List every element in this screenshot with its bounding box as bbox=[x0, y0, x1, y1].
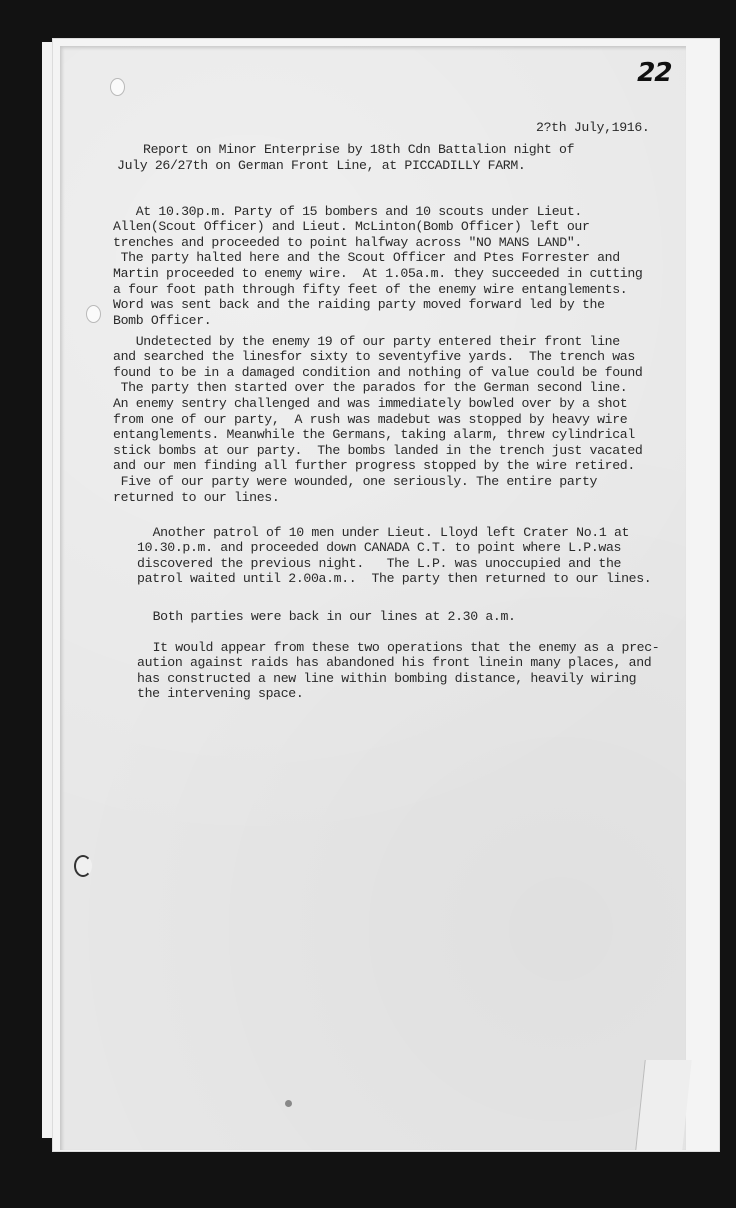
text-line: and searched the linesfor sixty to seven… bbox=[113, 349, 642, 365]
text-line: from one of our party, A rush was madebu… bbox=[113, 412, 642, 428]
punch-hole-middle bbox=[86, 305, 101, 323]
text-line: Five of our party were wounded, one seri… bbox=[113, 474, 642, 490]
folio-number: 22 bbox=[634, 58, 675, 88]
ink-dot bbox=[285, 1100, 292, 1107]
paragraph-second-patrol: Another patrol of 10 men under Lieut. Ll… bbox=[137, 509, 651, 603]
text-line: has constructed a new line within bombin… bbox=[137, 671, 659, 687]
text-line: found to be in a damaged condition and n… bbox=[113, 365, 642, 381]
text-line: Undetected by the enemy 19 of our party … bbox=[113, 334, 642, 350]
text-line: a four foot path through fifty feet of t… bbox=[113, 282, 642, 298]
text-line: stick bombs at our party. The bombs land… bbox=[113, 443, 642, 459]
report-title: Report on Minor Enterprise by 18th Cdn B… bbox=[143, 142, 574, 173]
text-line: returned to our lines. bbox=[113, 490, 642, 506]
punch-hole-torn bbox=[74, 855, 92, 877]
text-line: 10.30.p.m. and proceeded down CANADA C.T… bbox=[137, 540, 651, 556]
paragraph-conclusion: It would appear from these two operation… bbox=[137, 624, 659, 718]
text-line: An enemy sentry challenged and was immed… bbox=[113, 396, 642, 412]
text-line: Both parties were back in our lines at 2… bbox=[145, 609, 516, 625]
text-line: Martin proceeded to enemy wire. At 1.05a… bbox=[113, 266, 642, 282]
text-line: Allen(Scout Officer) and Lieut. McLinton… bbox=[113, 219, 642, 235]
title-line: July 26/27th on German Front Line, at PI… bbox=[117, 158, 574, 174]
punch-hole-top bbox=[110, 78, 125, 96]
text-line: Another patrol of 10 men under Lieut. Ll… bbox=[145, 525, 651, 541]
text-line: It would appear from these two operation… bbox=[145, 640, 659, 656]
page-fold bbox=[635, 1060, 691, 1150]
paragraph-raid-action: Undetected by the enemy 19 of our party … bbox=[113, 318, 642, 521]
text-line: the intervening space. bbox=[137, 686, 659, 702]
text-line: trenches and proceeded to point halfway … bbox=[113, 235, 642, 251]
text-line: aution against raids has abandoned his f… bbox=[137, 655, 659, 671]
text-line: patrol waited until 2.00a.m.. The party … bbox=[137, 571, 651, 587]
title-line: Report on Minor Enterprise by 18th Cdn B… bbox=[143, 142, 574, 158]
text-line: At 10.30p.m. Party of 15 bombers and 10 … bbox=[113, 204, 642, 220]
text-line: entanglements. Meanwhile the Germans, ta… bbox=[113, 427, 642, 443]
text-line: Word was sent back and the raiding party… bbox=[113, 297, 642, 313]
document-date: 2?th July,1916. bbox=[536, 120, 649, 136]
text-line: The party then started over the parados … bbox=[113, 380, 642, 396]
text-line: discovered the previous night. The L.P. … bbox=[137, 556, 651, 572]
text-line: and our men finding all further progress… bbox=[113, 458, 642, 474]
text-line: The party halted here and the Scout Offi… bbox=[113, 250, 642, 266]
